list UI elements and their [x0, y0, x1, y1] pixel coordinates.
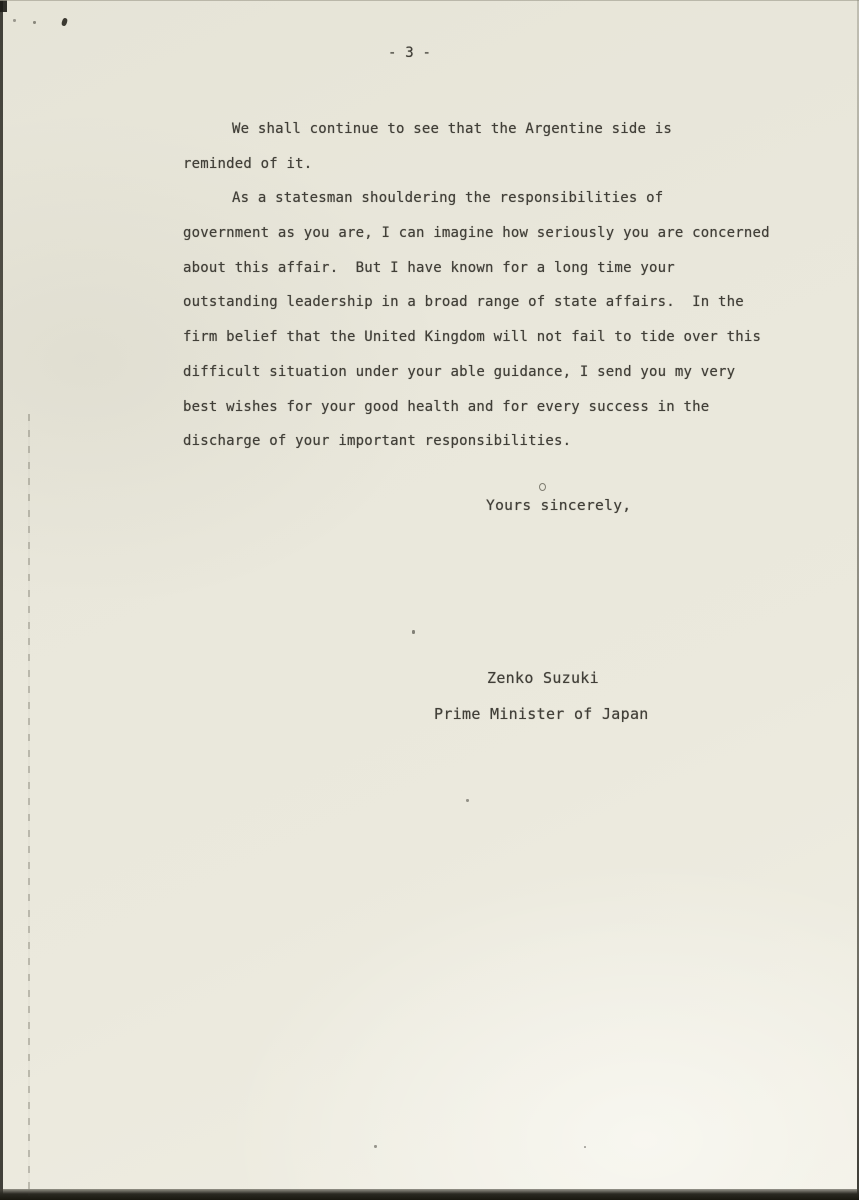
body-line: best wishes for your good health and for… — [183, 390, 803, 425]
ink-speck — [412, 630, 415, 634]
ink-speck — [33, 21, 36, 24]
signature-title: Prime Minister of Japan — [434, 707, 649, 722]
paper-fold-line — [28, 414, 30, 1196]
valediction: Yours sincerely, — [486, 499, 631, 514]
ink-speck — [584, 1146, 586, 1148]
scanned-letter-page: { "document": { "page_number": "- 3 -", … — [0, 0, 859, 1200]
ink-speck — [61, 17, 68, 26]
letter-body: We shall continue to see that the Argent… — [183, 112, 803, 459]
body-line: government as you are, I can imagine how… — [183, 216, 803, 251]
scan-edge-left — [0, 0, 3, 1200]
body-line: difficult situation under your able guid… — [183, 355, 803, 390]
page-number: - 3 - — [388, 46, 431, 60]
body-line: We shall continue to see that the Argent… — [183, 112, 803, 147]
body-line: firm belief that the United Kingdom will… — [183, 320, 803, 355]
ink-speck — [13, 19, 16, 22]
scan-edge-bottom — [0, 1189, 859, 1200]
scan-edge-corner — [0, 0, 7, 12]
body-line: outstanding leadership in a broad range … — [183, 285, 803, 320]
body-line: discharge of your important responsibili… — [183, 424, 803, 459]
body-line: As a statesman shouldering the responsib… — [183, 181, 803, 216]
signature-name: Zenko Suzuki — [487, 671, 599, 686]
body-line: about this affair. But I have known for … — [183, 251, 803, 286]
body-line: reminded of it. — [183, 147, 803, 182]
ink-speck — [374, 1145, 377, 1148]
stray-typed-o-mark — [539, 483, 546, 491]
scan-edge-top — [0, 0, 859, 1]
ink-speck — [466, 799, 469, 802]
